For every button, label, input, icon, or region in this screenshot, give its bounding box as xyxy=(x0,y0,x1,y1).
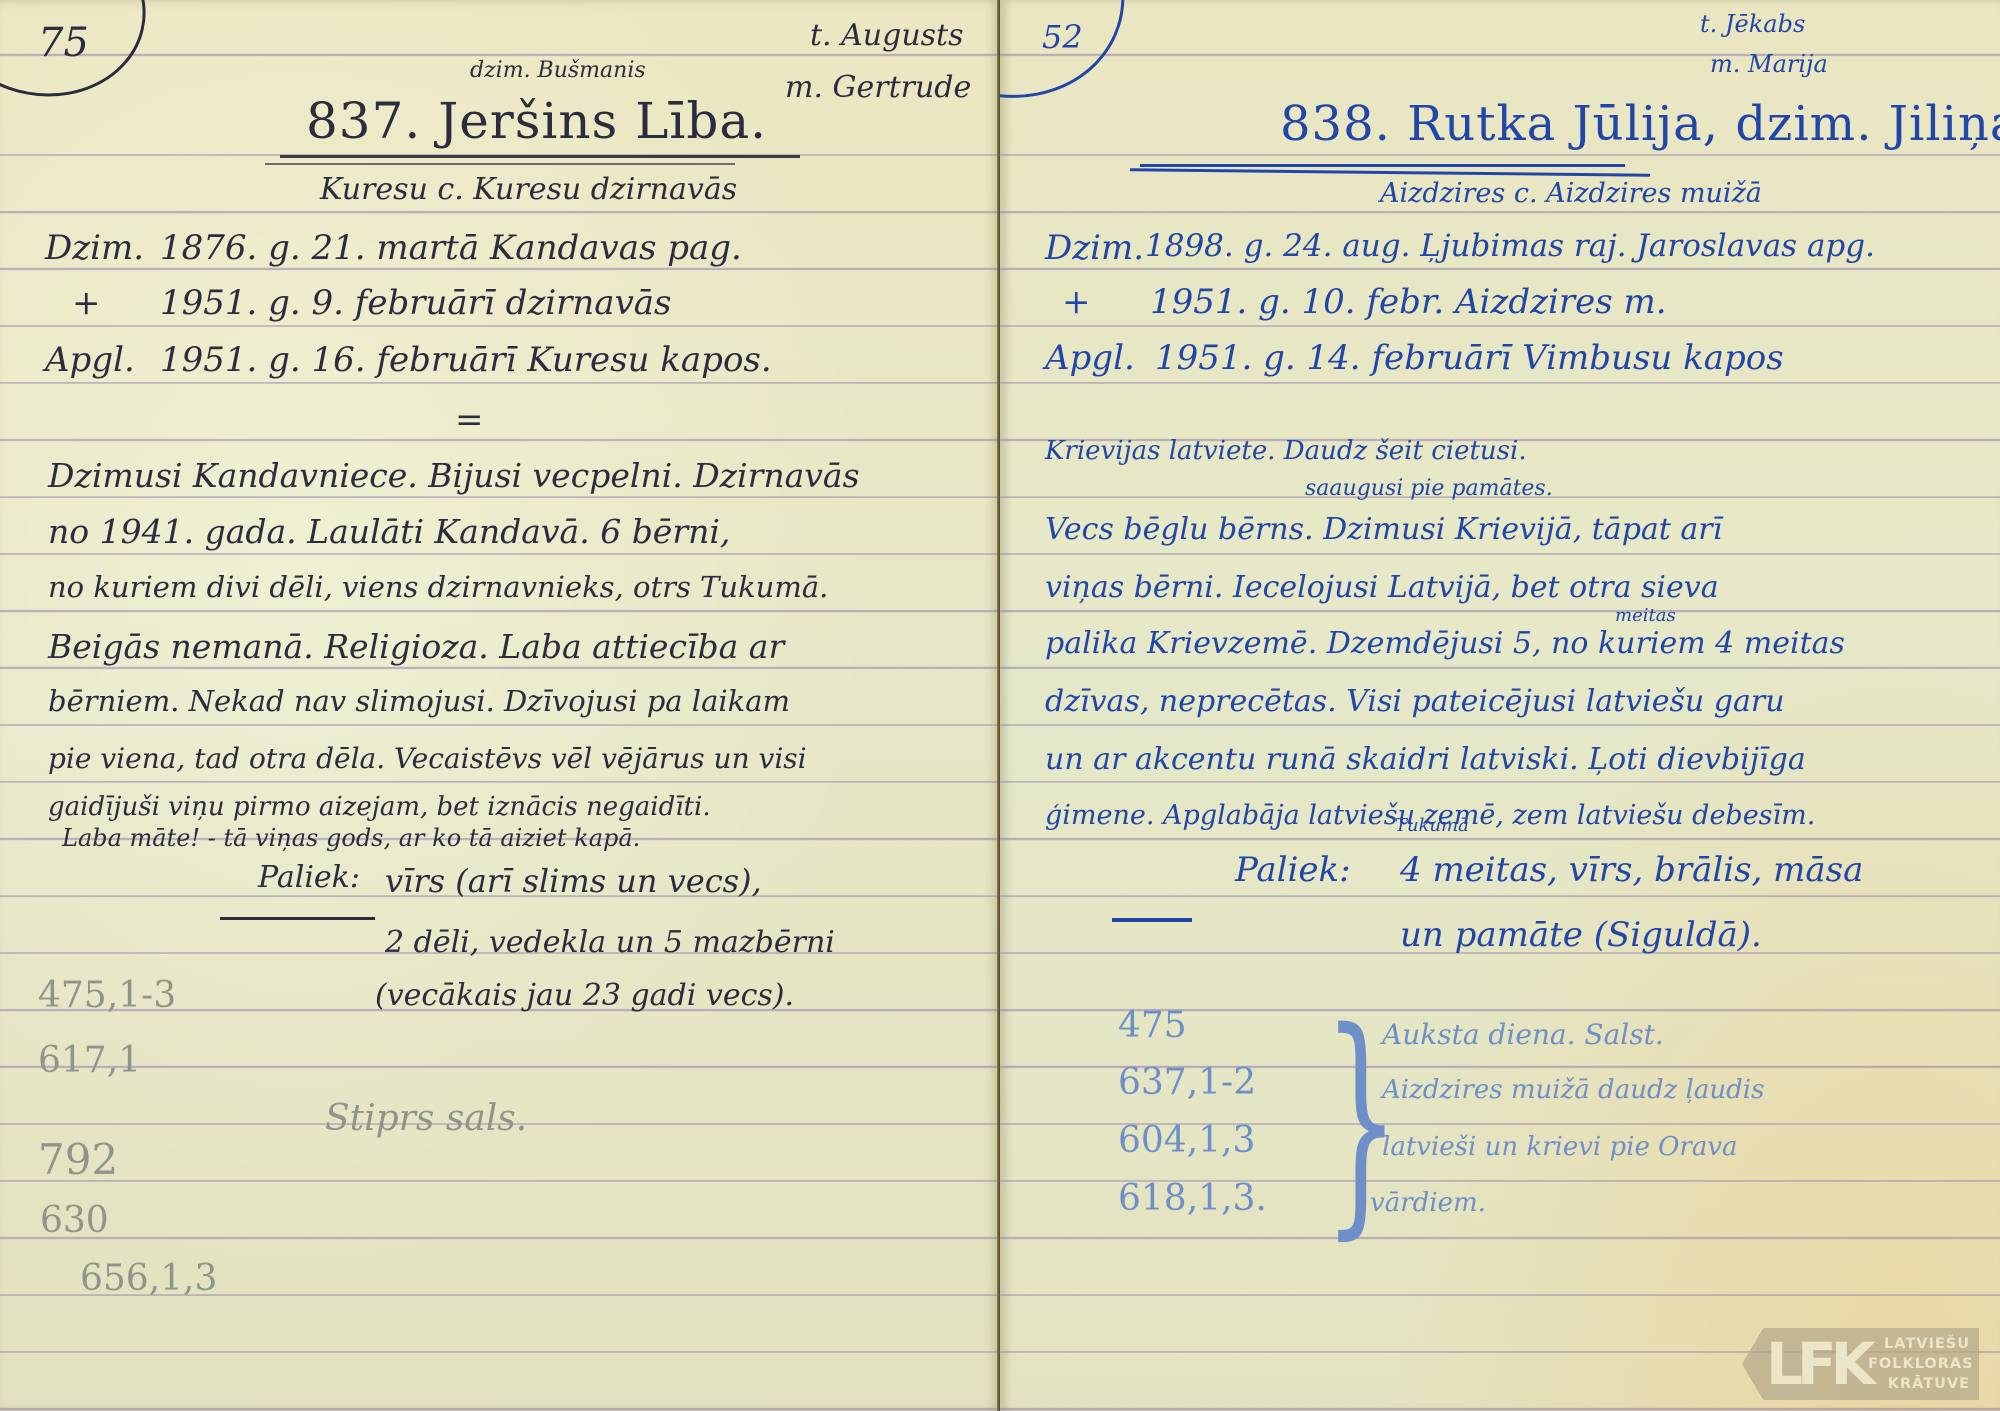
weather-note-line: Auksta diena. Salst. xyxy=(1382,1018,1664,1051)
narrative-line: gaidījuši viņu pirmo aizejam, bet iznāci… xyxy=(48,792,711,822)
location: Aizdzires c. Aizdzires muižā xyxy=(1380,178,1762,209)
narrative-line: Vecs bēglu bērns. Dzimusi Krievijā, tāpa… xyxy=(1045,512,1722,547)
father-name: t. Augusts xyxy=(810,18,964,53)
reference-number: 618,1,3. xyxy=(1118,1178,1267,1219)
narrative-line: Laba māte! - tā viņas gods, ar ko tā aiz… xyxy=(62,824,640,852)
superscript-note: meitas xyxy=(1615,605,1676,626)
born-text: 1898. g. 24. aug. Ļjubimas raj. Jaroslav… xyxy=(1145,228,1875,264)
died-text: 1951. g. 9. februārī dzirnavās xyxy=(160,283,672,323)
logo-text-line: FOLKLORAS xyxy=(1868,1354,1970,1374)
survivors-line: un pamāte (Siguldā). xyxy=(1400,915,1762,955)
entry-title: 837. Jeršins Lība. xyxy=(306,92,767,150)
archive-logo-watermark: LFK LATVIEŠU FOLKLORAS KRĀTUVE xyxy=(1742,1328,1979,1400)
weather-note-line: latvieši un krievi pie Orava xyxy=(1382,1132,1738,1162)
page-number: 52 xyxy=(1042,18,1083,56)
survivors-dash xyxy=(220,917,375,920)
narrative-line: no kuriem divi dēli, viens dzirnavnieks,… xyxy=(48,570,828,604)
logo-text-line: LATVIEŠU xyxy=(1868,1334,1970,1354)
buried-text: 1951. g. 14. februārī Vimbusu kapos xyxy=(1155,338,1784,378)
buried-label: Apgl. xyxy=(45,340,135,380)
survivors-line: 4 meitas, vīrs, brālis, māsa xyxy=(1400,850,1863,890)
reference-number: 656,1,3 xyxy=(80,1258,217,1299)
title-underline xyxy=(280,155,800,158)
survivors-line: vīrs (arī slims un vecs), xyxy=(385,862,762,900)
born-text: 1876. g. 21. martā Kandavas pag. xyxy=(160,228,742,268)
separator-mark: = xyxy=(455,400,484,440)
mother-name: m. Marija xyxy=(1710,50,1828,78)
reference-number: 617,1 xyxy=(38,1040,141,1081)
reference-number: 604,1,3 xyxy=(1118,1120,1255,1161)
narrative-line: palika Krievzemē. Dzemdējusi 5, no kurie… xyxy=(1045,626,1845,661)
buried-label: Apgl. xyxy=(1045,338,1135,378)
page-number: 75 xyxy=(38,20,89,66)
narrative-line: viņas bērni. Iecelojusi Latvijā, bet otr… xyxy=(1045,570,1719,605)
logo-text-line: KRĀTUVE xyxy=(1868,1374,1970,1394)
reference-number: 475 xyxy=(1118,1005,1187,1046)
maiden-name-note: dzim. Bušmanis xyxy=(470,58,646,83)
father-name: t. Jēkabs xyxy=(1700,10,1805,38)
right-notebook-page: 52 t. Jēkabs m. Marija 838. Rutka Jūlija… xyxy=(1000,0,2000,1411)
weather-note: Stiprs sals. xyxy=(325,1098,527,1139)
born-label: Dzim. xyxy=(1045,228,1144,268)
reference-number: 792 xyxy=(38,1135,118,1184)
survivors-label: Paliek: xyxy=(1235,850,1351,890)
title-underline-2 xyxy=(1130,168,1650,176)
narrative-intro: Krievijas latviete. Daudz šeit cietusi. xyxy=(1045,436,1527,466)
mother-name: m. Gertrude xyxy=(785,70,971,105)
survivors-label: Paliek: xyxy=(258,860,360,895)
location: Kuresu c. Kuresu dzirnavās xyxy=(320,172,737,207)
entry-title: 838. Rutka Jūlija, dzim. Jiliņa xyxy=(1280,96,2000,152)
title-underline xyxy=(1140,164,1625,167)
died-text: 1951. g. 10. febr. Aizdzires m. xyxy=(1150,282,1667,322)
logo-text: LATVIEŠU FOLKLORAS KRĀTUVE xyxy=(1868,1334,1970,1394)
left-notebook-page: 75 t. Augusts m. Gertrude dzim. Bušmanis… xyxy=(0,0,1000,1411)
reference-number: 630 xyxy=(40,1200,109,1241)
died-label: + xyxy=(1062,282,1091,322)
title-underline-2 xyxy=(265,163,735,165)
survivors-line: 2 dēli, vedekla un 5 mazbērni xyxy=(385,925,835,960)
survivors-line: (vecākais jau 23 gadi vecs). xyxy=(375,978,794,1013)
narrative-line: pie viena, tad otra dēla. Vecaistēvs vēl… xyxy=(48,742,807,775)
reference-number: 475,1-3 xyxy=(38,975,176,1016)
narrative-line: Beigās nemanā. Religioza. Laba attiecība… xyxy=(48,627,784,666)
born-label: Dzim. xyxy=(45,228,144,268)
narrative-line: un ar akcentu runā skaidri latviski. Ļot… xyxy=(1045,742,1806,777)
narrative-line: Dzimusi Kandavniece. Bijusi vecpelni. Dz… xyxy=(48,456,860,495)
insert-note: saaugusi pie pamātes. xyxy=(1305,476,1553,501)
reference-number: 637,1-2 xyxy=(1118,1062,1256,1103)
weather-note-line: vārdiem. xyxy=(1370,1188,1486,1218)
superscript-note: Tukumā xyxy=(1395,815,1469,836)
narrative-line: dzīvas, neprecētas. Visi pateicējusi lat… xyxy=(1045,684,1785,719)
survivors-dash xyxy=(1112,918,1192,922)
narrative-line: no 1941. gada. Laulāti Kandavā. 6 bērni, xyxy=(48,512,730,551)
buried-text: 1951. g. 16. februārī Kuresu kapos. xyxy=(160,340,772,380)
weather-note-line: Aizdzires muižā daudz ļaudis xyxy=(1382,1075,1764,1105)
narrative-line: bērniem. Nekad nav slimojusi. Dzīvojusi … xyxy=(48,684,790,718)
lfk-logo-icon: LFK xyxy=(1766,1334,1870,1394)
died-label: + xyxy=(72,283,101,323)
